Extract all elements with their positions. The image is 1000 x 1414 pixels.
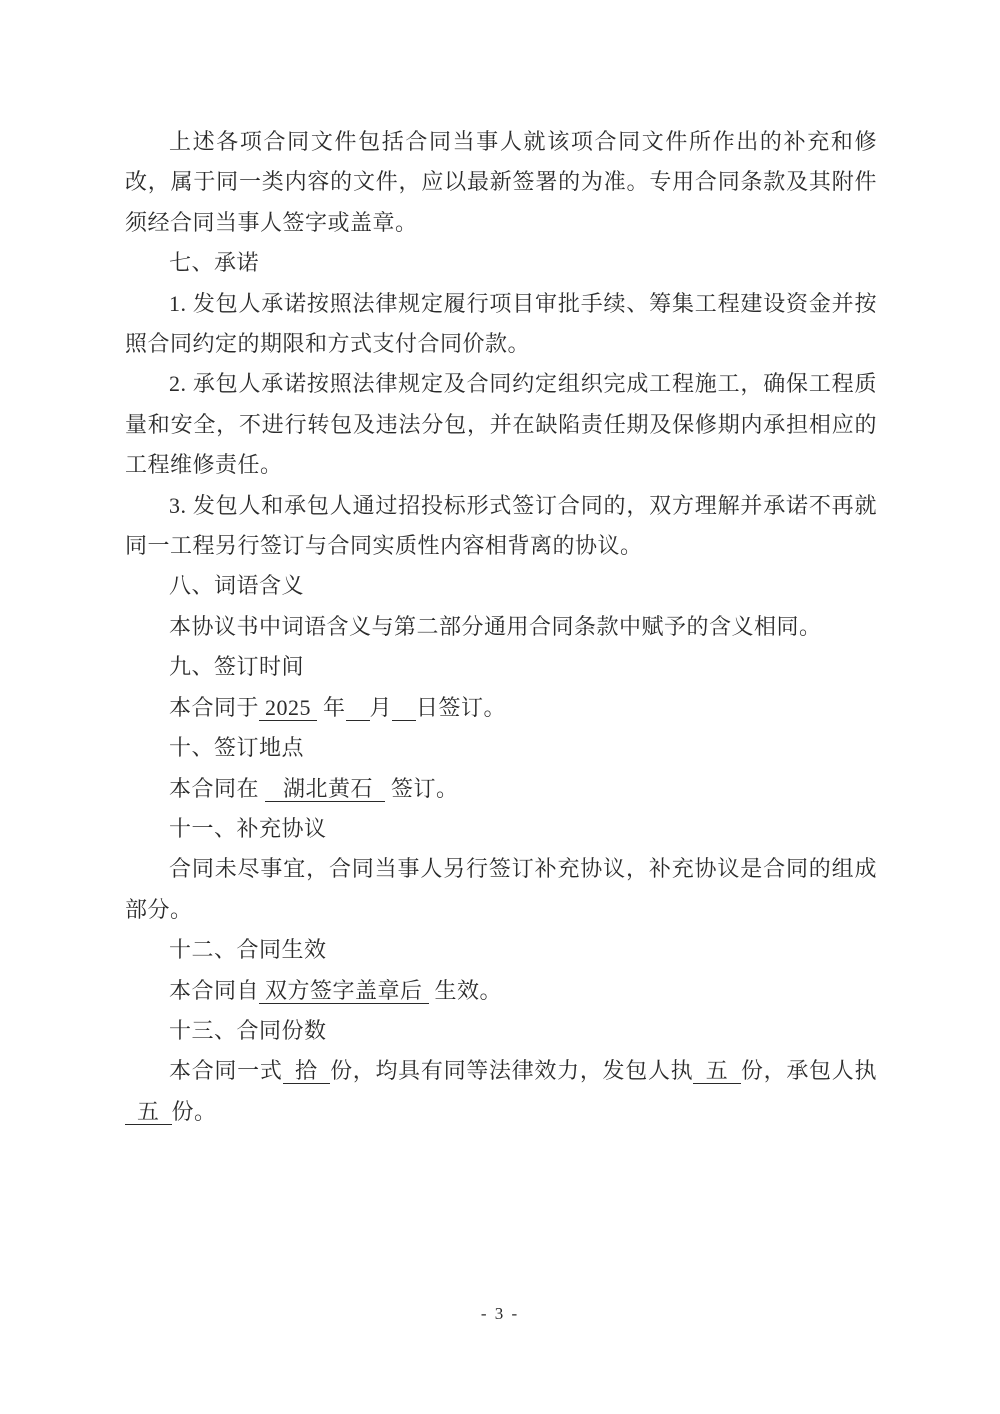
paragraph-definitions: 本协议书中词语含义与第二部分通用合同条款中赋予的含义相同。 (125, 607, 877, 647)
line-contract-effectiveness: 本合同自 双方签字盖章后 生效。 (125, 971, 877, 1011)
heading-section-8-definitions: 八、词语含义 (125, 566, 877, 606)
signing-place-prefix: 本合同在 (169, 776, 265, 801)
paragraph-contract-documents-supplement: 上述各项合同文件包括合同当事人就该项合同文件所作出的补充和修改，属于同一类内容的… (125, 122, 877, 243)
blank-day-underline (392, 695, 416, 721)
filled-blank-total-copies-ten: 拾 (283, 1058, 331, 1084)
effectiveness-prefix: 本合同自 (169, 978, 259, 1003)
heading-section-11-supplementary-agreement: 十一、补充协议 (125, 809, 877, 849)
filled-blank-contractor-copies-five: 五 (125, 1099, 172, 1125)
copies-prefix: 本合同一式 (169, 1058, 283, 1083)
paragraph-supplementary-agreement: 合同未尽事宜，合同当事人另行签订补充协议，补充协议是合同的组成部分。 (125, 849, 877, 930)
line-signing-place: 本合同在 湖北黄石 签订。 (125, 769, 877, 809)
filled-blank-place-hubei-huangshi: 湖北黄石 (265, 776, 385, 802)
copies-contractor-text: 份，承包人执 (741, 1058, 877, 1083)
page-number: - 3 - (0, 1302, 1000, 1326)
filled-blank-employer-copies-five: 五 (693, 1058, 741, 1084)
effectiveness-suffix: 生效。 (429, 978, 503, 1003)
paragraph-commitment-3-bidding: 3. 发包人和承包人通过招投标形式签订合同的，双方理解并承诺不再就同一工程另行签… (125, 486, 877, 567)
heading-section-7-commitments: 七、承诺 (125, 243, 877, 283)
heading-section-9-signing-time: 九、签订时间 (125, 647, 877, 687)
paragraph-commitment-1-employer: 1. 发包人承诺按照法律规定履行项目审批手续、筹集工程建设资金并按照合同约定的期… (125, 284, 877, 365)
paragraph-commitment-2-contractor: 2. 承包人承诺按照法律规定及合同约定组织完成工程施工，确保工程质量和安全，不进… (125, 364, 877, 485)
copies-middle-text: 份，均具有同等法律效力，发包人执 (330, 1058, 693, 1083)
document-page: 上述各项合同文件包括合同当事人就该项合同文件所作出的补充和修改，属于同一类内容的… (0, 0, 1000, 1414)
filled-blank-effective-condition: 双方签字盖章后 (259, 978, 429, 1004)
filled-blank-year-2025: 2025 (259, 695, 317, 721)
heading-section-10-signing-place: 十、签订地点 (125, 728, 877, 768)
contract-body: 上述各项合同文件包括合同当事人就该项合同文件所作出的补充和修改，属于同一类内容的… (125, 122, 877, 1132)
heading-section-12-contract-effectiveness: 十二、合同生效 (125, 930, 877, 970)
blank-month-underline (346, 695, 370, 721)
month-label: 月 (370, 695, 393, 720)
signing-date-prefix: 本合同于 (169, 695, 259, 720)
heading-section-13-contract-copies: 十三、合同份数 (125, 1011, 877, 1051)
line-signing-date: 本合同于 2025 年 月 日签订。 (125, 688, 877, 728)
signing-date-suffix: 日签订。 (416, 695, 506, 720)
copies-suffix: 份。 (172, 1099, 217, 1124)
year-label: 年 (317, 695, 346, 720)
signing-place-suffix: 签订。 (385, 776, 459, 801)
line-contract-copies: 本合同一式 拾 份，均具有同等法律效力，发包人执 五 份，承包人执 五 份。 (125, 1051, 877, 1132)
